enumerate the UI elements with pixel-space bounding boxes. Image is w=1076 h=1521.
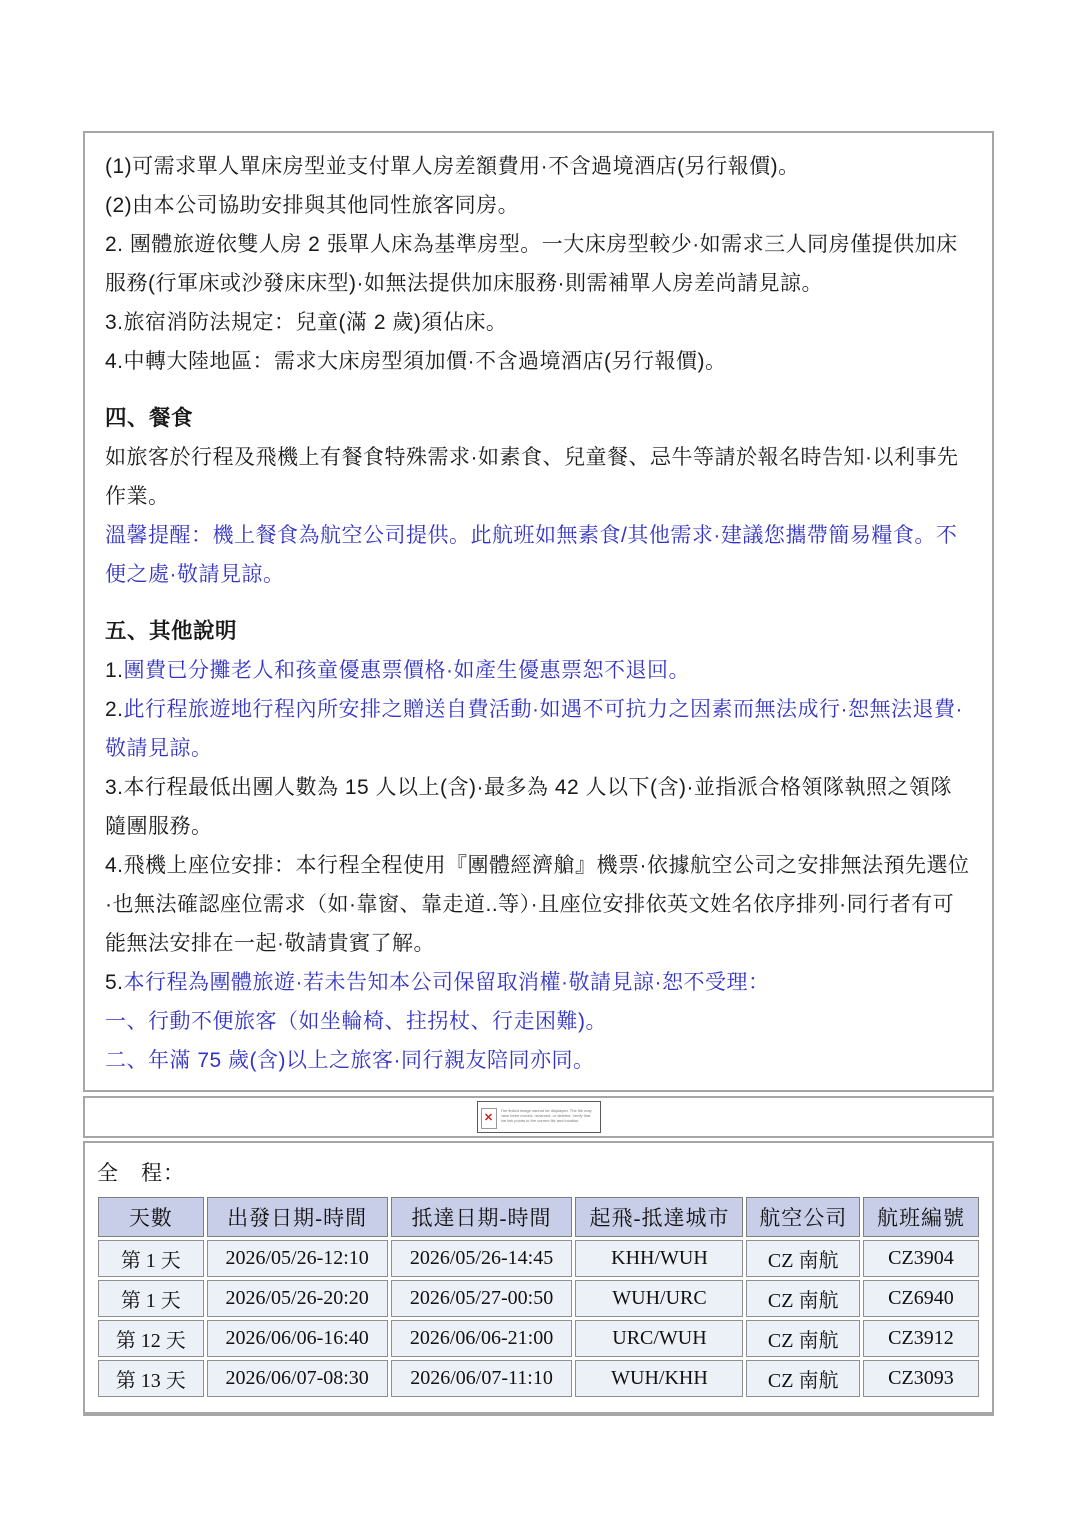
cell-depart: 2026/06/07-08:30 xyxy=(207,1360,388,1397)
cell-depart: 2026/05/26-12:10 xyxy=(207,1240,388,1277)
flight-table: 天數 出發日期-時間 抵達日期-時間 起飛-抵達城市 航空公司 航班編號 第 1… xyxy=(95,1194,982,1400)
cell-depart: 2026/06/06-16:40 xyxy=(207,1320,388,1357)
cell-flightno: CZ6940 xyxy=(863,1280,979,1317)
item-number: 2. xyxy=(105,698,124,721)
cell-airline: CZ 南航 xyxy=(746,1320,859,1357)
terms-paragraph-note: 二、年滿 75 歲(含)以上之旅客·同行親友陪同亦同。 xyxy=(105,1041,972,1080)
flight-table-header: 天數 出發日期-時間 抵達日期-時間 起飛-抵達城市 航空公司 航班編號 xyxy=(98,1197,979,1237)
table-row: 第 12 天 2026/06/06-16:40 2026/06/06-21:00… xyxy=(98,1320,979,1357)
cell-depart: 2026/05/26-20:20 xyxy=(207,1280,388,1317)
cell-flightno: CZ3904 xyxy=(863,1240,979,1277)
terms-paragraph: 2.此行程旅遊地行程內所安排之贈送自費活動·如遇不可抗力之因素而無法成行·恕無法… xyxy=(105,690,972,768)
item-number: 1. xyxy=(105,659,124,682)
cell-day: 第 1 天 xyxy=(98,1280,204,1317)
cell-cities: URC/WUH xyxy=(575,1320,743,1357)
header-row: 天數 出發日期-時間 抵達日期-時間 起飛-抵達城市 航空公司 航班編號 xyxy=(98,1197,979,1237)
cell-cities: KHH/WUH xyxy=(575,1240,743,1277)
terms-paragraph: 如旅客於行程及飛機上有餐食特殊需求·如素食、兒童餐、忌牛等請於報名時告知·以利事… xyxy=(105,438,972,516)
broken-image-placeholder: ✕ The linked image cannot be displayed. … xyxy=(477,1101,601,1133)
broken-image-message: The linked image cannot be displayed. Th… xyxy=(501,1104,597,1123)
cell-arrive: 2026/06/06-21:00 xyxy=(391,1320,573,1357)
table-row: 第 1 天 2026/05/26-12:10 2026/05/26-14:45 … xyxy=(98,1240,979,1277)
column-header-day: 天數 xyxy=(98,1197,204,1237)
column-header-depart: 出發日期-時間 xyxy=(207,1197,388,1237)
cell-day: 第 12 天 xyxy=(98,1320,204,1357)
item-text: 此行程旅遊地行程內所安排之贈送自費活動·如遇不可抗力之因素而無法成行·恕無法退費… xyxy=(105,698,963,760)
cell-flightno: CZ3912 xyxy=(863,1320,979,1357)
column-header-cities: 起飛-抵達城市 xyxy=(575,1197,743,1237)
cell-arrive: 2026/05/27-00:50 xyxy=(391,1280,573,1317)
terms-paragraph: 3.本行程最低出團人數為 15 人以上(含)·最多為 42 人以下(含)·並指派… xyxy=(105,768,972,846)
table-row: 第 1 天 2026/05/26-20:20 2026/05/27-00:50 … xyxy=(98,1280,979,1317)
flight-schedule-section: 全 程： 天數 出發日期-時間 抵達日期-時間 起飛-抵達城市 航空公司 航班編… xyxy=(83,1141,994,1416)
terms-section: (1)可需求單人單床房型並支付單人房差額費用·不含過境酒店(另行報價)。 (2)… xyxy=(83,131,994,1092)
terms-paragraph-note: 溫馨提醒：機上餐食為航空公司提供。此航班如無素食/其他需求·建議您攜帶簡易糧食。… xyxy=(105,516,972,594)
column-header-airline: 航空公司 xyxy=(746,1197,859,1237)
terms-paragraph: (2)由本公司協助安排與其他同性旅客同房。 xyxy=(105,186,972,225)
column-header-flightno: 航班編號 xyxy=(863,1197,979,1237)
cell-day: 第 1 天 xyxy=(98,1240,204,1277)
section-heading-other: 五、其他說明 xyxy=(105,612,972,651)
terms-paragraph-note: 一、行動不便旅客（如坐輪椅、拄拐杖、行走困難)。 xyxy=(105,1002,972,1041)
section-heading-meals: 四、餐食 xyxy=(105,399,972,438)
terms-paragraph: 1.團費已分攤老人和孩童優惠票價格·如產生優惠票恕不退回。 xyxy=(105,651,972,690)
item-text: 本行程為團體旅遊·若未告知本公司保留取消權·敬請見諒·恕不受理： xyxy=(124,971,770,994)
cell-cities: WUH/KHH xyxy=(575,1360,743,1397)
schedule-label: 全 程： xyxy=(97,1157,982,1187)
terms-paragraph: 5.本行程為團體旅遊·若未告知本公司保留取消權·敬請見諒·恕不受理： xyxy=(105,963,972,1002)
cell-airline: CZ 南航 xyxy=(746,1360,859,1397)
terms-paragraph: 2. 團體旅遊依雙人房 2 張單人床為基準房型。一大床房型較少·如需求三人同房僅… xyxy=(105,225,972,303)
cell-flightno: CZ3093 xyxy=(863,1360,979,1397)
red-x-icon: ✕ xyxy=(484,1113,493,1124)
cell-cities: WUH/URC xyxy=(575,1280,743,1317)
cell-arrive: 2026/05/26-14:45 xyxy=(391,1240,573,1277)
broken-image-icon: ✕ xyxy=(481,1108,497,1129)
cell-airline: CZ 南航 xyxy=(746,1280,859,1317)
document-page: (1)可需求單人單床房型並支付單人房差額費用·不含過境酒店(另行報價)。 (2)… xyxy=(0,0,1076,1521)
cell-day: 第 13 天 xyxy=(98,1360,204,1397)
broken-image-section: ✕ The linked image cannot be displayed. … xyxy=(83,1096,994,1138)
terms-paragraph: 4.中轉大陸地區：需求大床房型須加價·不含過境酒店(另行報價)。 xyxy=(105,342,972,381)
table-row: 第 13 天 2026/06/07-08:30 2026/06/07-11:10… xyxy=(98,1360,979,1397)
item-text: 團費已分攤老人和孩童優惠票價格·如產生優惠票恕不退回。 xyxy=(124,659,691,682)
terms-paragraph: (1)可需求單人單床房型並支付單人房差額費用·不含過境酒店(另行報價)。 xyxy=(105,147,972,186)
column-header-arrive: 抵達日期-時間 xyxy=(391,1197,573,1237)
cell-arrive: 2026/06/07-11:10 xyxy=(391,1360,573,1397)
terms-paragraph: 3.旅宿消防法規定：兒童(滿 2 歲)須佔床。 xyxy=(105,303,972,342)
cell-airline: CZ 南航 xyxy=(746,1240,859,1277)
terms-paragraph: 4.飛機上座位安排：本行程全程使用『團體經濟艙』機票·依據航空公司之安排無法預先… xyxy=(105,846,972,963)
item-number: 5. xyxy=(105,971,124,994)
